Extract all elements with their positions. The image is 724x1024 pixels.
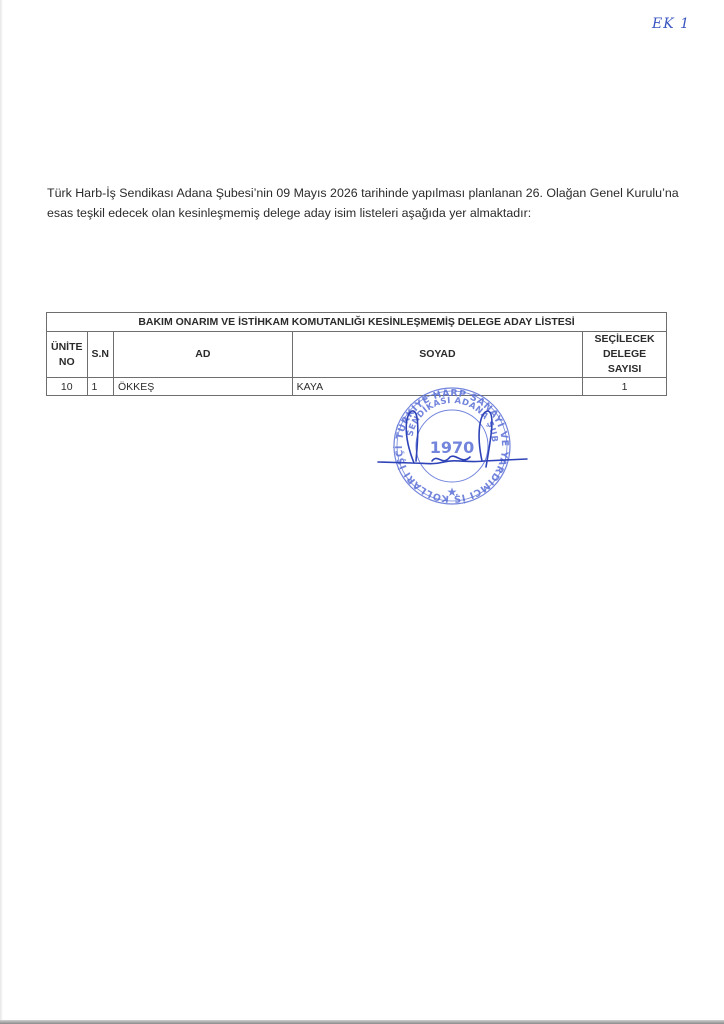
stamp-year: 1970 <box>430 438 475 457</box>
cell-sn: 1 <box>87 378 114 396</box>
table-row: 10 1 ÖKKEŞ KAYA 1 <box>47 378 667 396</box>
header-delegate-count: SEÇİLECEK DELEGE SAYISI <box>583 332 667 378</box>
cell-unite-no: 10 <box>47 378 88 396</box>
union-stamp: TÜRKİYE HARP SANAYİ VE YARDIMCI İŞ KOLLA… <box>372 383 532 508</box>
intro-paragraph: Türk Harb-İş Sendikası Adana Şubesi’nin … <box>47 183 687 223</box>
table-header-row: ÜNİTE NO S.N AD SOYAD SEÇİLECEK DELEGE S… <box>47 332 667 378</box>
header-sn: S.N <box>87 332 114 378</box>
header-soyad: SOYAD <box>292 332 582 378</box>
cell-ad: ÖKKEŞ <box>114 378 293 396</box>
delegate-candidate-table: BAKIM ONARIM VE İSTİHKAM KOMUTANLIĞI KES… <box>46 312 667 396</box>
cell-delegate-count: 1 <box>583 378 667 396</box>
page-edge-bottom <box>0 1020 724 1024</box>
stamp-seal-icon: TÜRKİYE HARP SANAYİ VE YARDIMCI İŞ KOLLA… <box>372 383 532 508</box>
star-icon: ★ <box>447 485 458 499</box>
table-title: BAKIM ONARIM VE İSTİHKAM KOMUTANLIĞI KES… <box>47 313 667 332</box>
intro-line-1: Türk Harb-İş Sendikası Adana Şubesi’nin … <box>47 186 679 200</box>
intro-line-2: esas teşkil edecek olan kesinleşmemiş de… <box>47 206 531 220</box>
header-ad: AD <box>114 332 293 378</box>
header-unite-no: ÜNİTE NO <box>47 332 88 378</box>
page-edge-left <box>0 0 3 1024</box>
handwritten-annotation: EK 1 <box>652 16 690 32</box>
